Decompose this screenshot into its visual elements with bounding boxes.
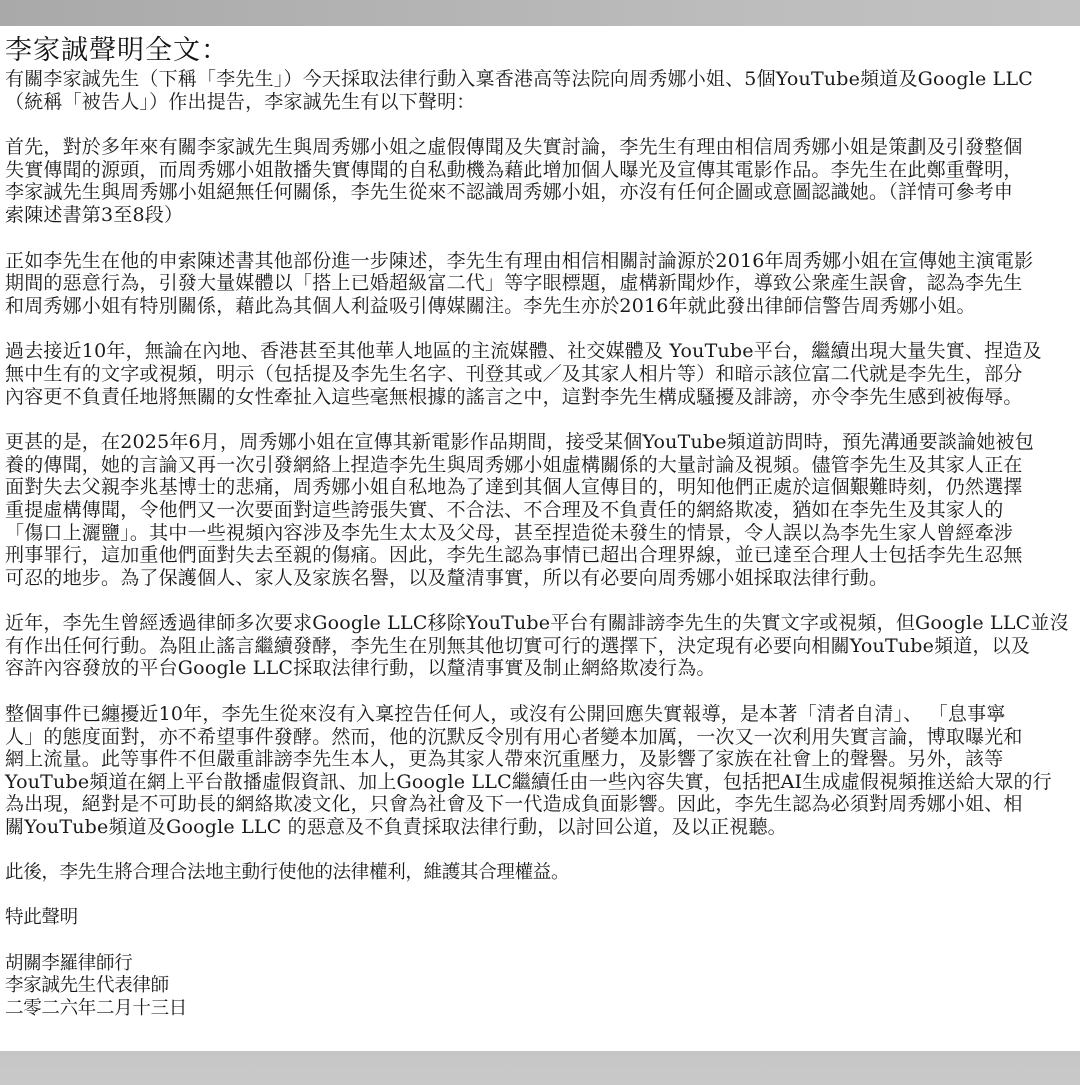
paragraph-line: 有關李家誠先生（下稱「李先生」）今天採取法律行動入稟香港高等法院向周秀娜小姐、5…: [5, 68, 1080, 91]
bottom-gray-band: [0, 1051, 1080, 1085]
paragraph-line: 近年，李先生曾經透過律師多次要求Google LLC移除YouTube平台有關誹…: [5, 612, 1080, 635]
paragraph-line: 「傷口上灑鹽」。其中一些視頻內容涉及李先生太太及父母，甚至捏造從未發生的情景，令…: [5, 522, 1080, 545]
paragraph-line: 內容更不負責任地將無關的女性牽扯入這些毫無根據的謠言之中，這對李先生構成騷擾及誹…: [5, 386, 1080, 409]
paragraph-line: 重提虛構傳聞，令他們又一次要面對這些誇張失實、不合法、不合理及不負責任的網絡欺凌…: [5, 499, 1080, 522]
paragraph-line: 過去接近10年，無論在內地、香港甚至其他華人地區的主流媒體、社交媒體及 YouT…: [5, 340, 1080, 363]
signature-firm: 胡關李羅律師行: [5, 953, 1080, 976]
paragraph-gap: [5, 884, 1080, 907]
paragraph-line: 整個事件已纏擾近10年，李先生從來沒有入稟控告任何人，或沒有公開回應失實報導，是…: [5, 703, 1080, 726]
paragraph-gap: [5, 113, 1080, 136]
paragraph-line: 李家誠先生與周秀娜小姐絕無任何關係，李先生從來不認識周秀娜小姐，亦沒有任何企圖或…: [5, 181, 1080, 204]
paragraph-line: 更甚的是，在2025年6月，周秀娜小姐在宣傳其新電影作品期間，接受某個YouTu…: [5, 431, 1080, 454]
signature-block: 胡關李羅律師行 李家誠先生代表律師 二零二六年二月十三日: [5, 953, 1080, 1021]
paragraph-line: 期間的惡意行為，引發大量媒體以「搭上已婚超級富二代」等字眼標題，虛構新聞炒作，導…: [5, 272, 1080, 295]
paragraph-line: 關YouTube頻道及Google LLC 的惡意及不負責採取法律行動，以討回公…: [5, 816, 1080, 839]
paragraph-gap: [5, 408, 1080, 431]
paragraph-intro: 有關李家誠先生（下稱「李先生」）今天採取法律行動入稟香港高等法院向周秀娜小姐、5…: [5, 68, 1080, 113]
paragraph-line: 網上流量。此等事件不但嚴重誹謗李先生本人，更為其家人帶來沉重壓力，及影響了家族在…: [5, 748, 1080, 771]
paragraph-line: 失實傳聞的源頭，而周秀娜小姐散播失實傳聞的自私動機為藉此增加個人曝光及宣傳其電影…: [5, 159, 1080, 182]
signature-date: 二零二六年二月十三日: [5, 998, 1080, 1021]
paragraph-past-decade: 過去接近10年，無論在內地、香港甚至其他華人地區的主流媒體、社交媒體及 YouT…: [5, 340, 1080, 408]
signature-role: 李家誠先生代表律師: [5, 975, 1080, 998]
paragraph-whole-incident: 整個事件已纏擾近10年，李先生從來沒有入稟控告任何人，或沒有公開回應失實報導，是…: [5, 703, 1080, 839]
paragraph-line: 此後，李先生將合理合法地主動行使他的法律權利，維護其合理權益。: [5, 862, 1080, 885]
top-gray-band: [0, 0, 1080, 26]
paragraph-line: 特此聲明: [5, 907, 1080, 930]
paragraph-2016-origin: 正如李先生在他的申索陳述書其他部份進一步陳述，李先生有理由相信相關討論源於201…: [5, 250, 1080, 318]
paragraph-first: 首先，對於多年來有關李家誠先生與周秀娜小姐之虛假傳聞及失實討論，李先生有理由相信…: [5, 136, 1080, 226]
paragraph-line: 面對失去父親李兆基博士的悲痛，周秀娜小姐自私地為了達到其個人宣傳目的，明知他們正…: [5, 476, 1080, 499]
paragraph-line: 無中生有的文字或視頻，明示（包括提及李先生名字、刊登其或／及其家人相片等）和暗示…: [5, 363, 1080, 386]
paragraph-line: 首先，對於多年來有關李家誠先生與周秀娜小姐之虛假傳聞及失實討論，李先生有理由相信…: [5, 136, 1080, 159]
paragraph-line: 容許內容發放的平台Google LLC採取法律行動，以釐清事實及制止網絡欺凌行為…: [5, 657, 1080, 680]
document-page: 李家誠聲明全文： 有關李家誠先生（下稱「李先生」）今天採取法律行動入稟香港高等法…: [0, 26, 1080, 1051]
paragraph-line: （統稱「被告人」）作出提告，李家誠先生有以下聲明：: [5, 91, 1080, 114]
paragraph-line: 為出現，絕對是不可助長的網絡欺凌文化，只會為社會及下一代造成負面影響。因此，李先…: [5, 793, 1080, 816]
paragraph-google: 近年，李先生曾經透過律師多次要求Google LLC移除YouTube平台有關誹…: [5, 612, 1080, 680]
paragraph-line: 正如李先生在他的申索陳述書其他部份進一步陳述，李先生有理由相信相關討論源於201…: [5, 250, 1080, 273]
paragraph-hereby-declare: 特此聲明: [5, 907, 1080, 930]
paragraph-line: YouTube頻道在網上平台散播虛假資訊、加上Google LLC繼續任由一些內…: [5, 771, 1080, 794]
paragraph-line: 養的傳聞，她的言論又再一次引發網絡上捏造李先生與周秀娜小姐虛構關係的大量討論及視…: [5, 454, 1080, 477]
paragraph-gap: [5, 680, 1080, 703]
paragraph-line: 索陳述書第3至8段）: [5, 204, 1080, 227]
document-title: 李家誠聲明全文：: [5, 34, 1080, 68]
paragraph-line: 和周秀娜小姐有特別關係，藉此為其個人利益吸引傳媒關注。李先生亦於2016年就此發…: [5, 295, 1080, 318]
paragraph-line: 刑事罪行，這加重他們面對失去至親的傷痛。因此，李先生認為事情已超出合理界線，並已…: [5, 544, 1080, 567]
statement-document: 李家誠聲明全文： 有關李家誠先生（下稱「李先生」）今天採取法律行動入稟香港高等法…: [5, 34, 1080, 1021]
paragraph-hereafter: 此後，李先生將合理合法地主動行使他的法律權利，維護其合理權益。: [5, 862, 1080, 885]
paragraph-line: 人」的態度面對，亦不希望事件發酵。然而，他的沉默反令別有用心者變本加厲，一次又一…: [5, 726, 1080, 749]
paragraph-2025-events: 更甚的是，在2025年6月，周秀娜小姐在宣傳其新電影作品期間，接受某個YouTu…: [5, 431, 1080, 589]
paragraph-gap: [5, 317, 1080, 340]
paragraph-gap: [5, 589, 1080, 612]
paragraph-gap: [5, 227, 1080, 250]
paragraph-gap: [5, 839, 1080, 862]
paragraph-gap: [5, 930, 1080, 953]
paragraph-line: 可忍的地步。為了保護個人、家人及家族名譽，以及釐清事實，所以有必要向周秀娜小姐採…: [5, 567, 1080, 590]
paragraph-line: 有作出任何行動。為阻止謠言繼續發酵，李先生在別無其他切實可行的選擇下，決定現有必…: [5, 635, 1080, 658]
